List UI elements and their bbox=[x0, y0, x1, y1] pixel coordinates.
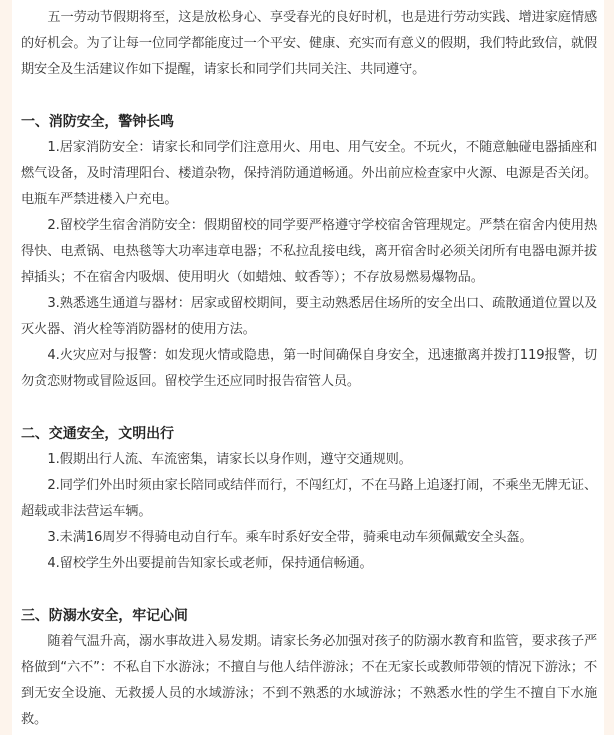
section-heading-drowning-prevention: 三、防溺水安全，牢记心间 bbox=[21, 603, 597, 629]
letter-content: 五一劳动节假期将至，这是放松身心、享受春光的良好时机，也是进行劳动实践、增进家庭… bbox=[21, 5, 597, 733]
drowning-paragraph: 随着气温升高，溺水事故进入易发期。请家长务必加强对孩子的防溺水教育和监管，要求孩… bbox=[21, 629, 597, 733]
intro-paragraph: 五一劳动节假期将至，这是放松身心、享受春光的良好时机，也是进行劳动实践、增进家庭… bbox=[21, 5, 597, 83]
letter-page: 五一劳动节假期将至，这是放松身心、享受春光的良好时机，也是进行劳动实践、增进家庭… bbox=[12, 0, 604, 735]
traffic-item-3: 3.未满16周岁不得骑电动自行车。乘车时系好安全带，骑乘电动车须佩戴安全头盔。 bbox=[21, 525, 597, 551]
spacer bbox=[21, 577, 597, 603]
section-heading-traffic-safety: 二、交通安全，文明出行 bbox=[21, 421, 597, 447]
traffic-item-2: 2.同学们外出时须由家长陪同或结伴而行，不闯红灯，不在马路上追逐打闹，不乘坐无牌… bbox=[21, 473, 597, 525]
section-heading-fire-safety: 一、消防安全，警钟长鸣 bbox=[21, 109, 597, 135]
fire-item-1: 1.居家消防安全：请家长和同学们注意用火、用电、用气安全。不玩火，不随意触碰电器… bbox=[21, 135, 597, 213]
spacer bbox=[21, 83, 597, 109]
traffic-item-4: 4.留校学生外出要提前告知家长或老师，保持通信畅通。 bbox=[21, 551, 597, 577]
fire-item-2: 2.留校学生宿舍消防安全：假期留校的同学要严格遵守学校宿舍管理规定。严禁在宿舍内… bbox=[21, 213, 597, 291]
traffic-item-1: 1.假期出行人流、车流密集，请家长以身作则，遵守交通规则。 bbox=[21, 447, 597, 473]
spacer bbox=[21, 395, 597, 421]
fire-item-4: 4.火灾应对与报警：如发现火情或隐患，第一时间确保自身安全，迅速撤离并拨打119… bbox=[21, 343, 597, 395]
fire-item-3: 3.熟悉逃生通道与器材：居家或留校期间，要主动熟悉居住场所的安全出口、疏散通道位… bbox=[21, 291, 597, 343]
